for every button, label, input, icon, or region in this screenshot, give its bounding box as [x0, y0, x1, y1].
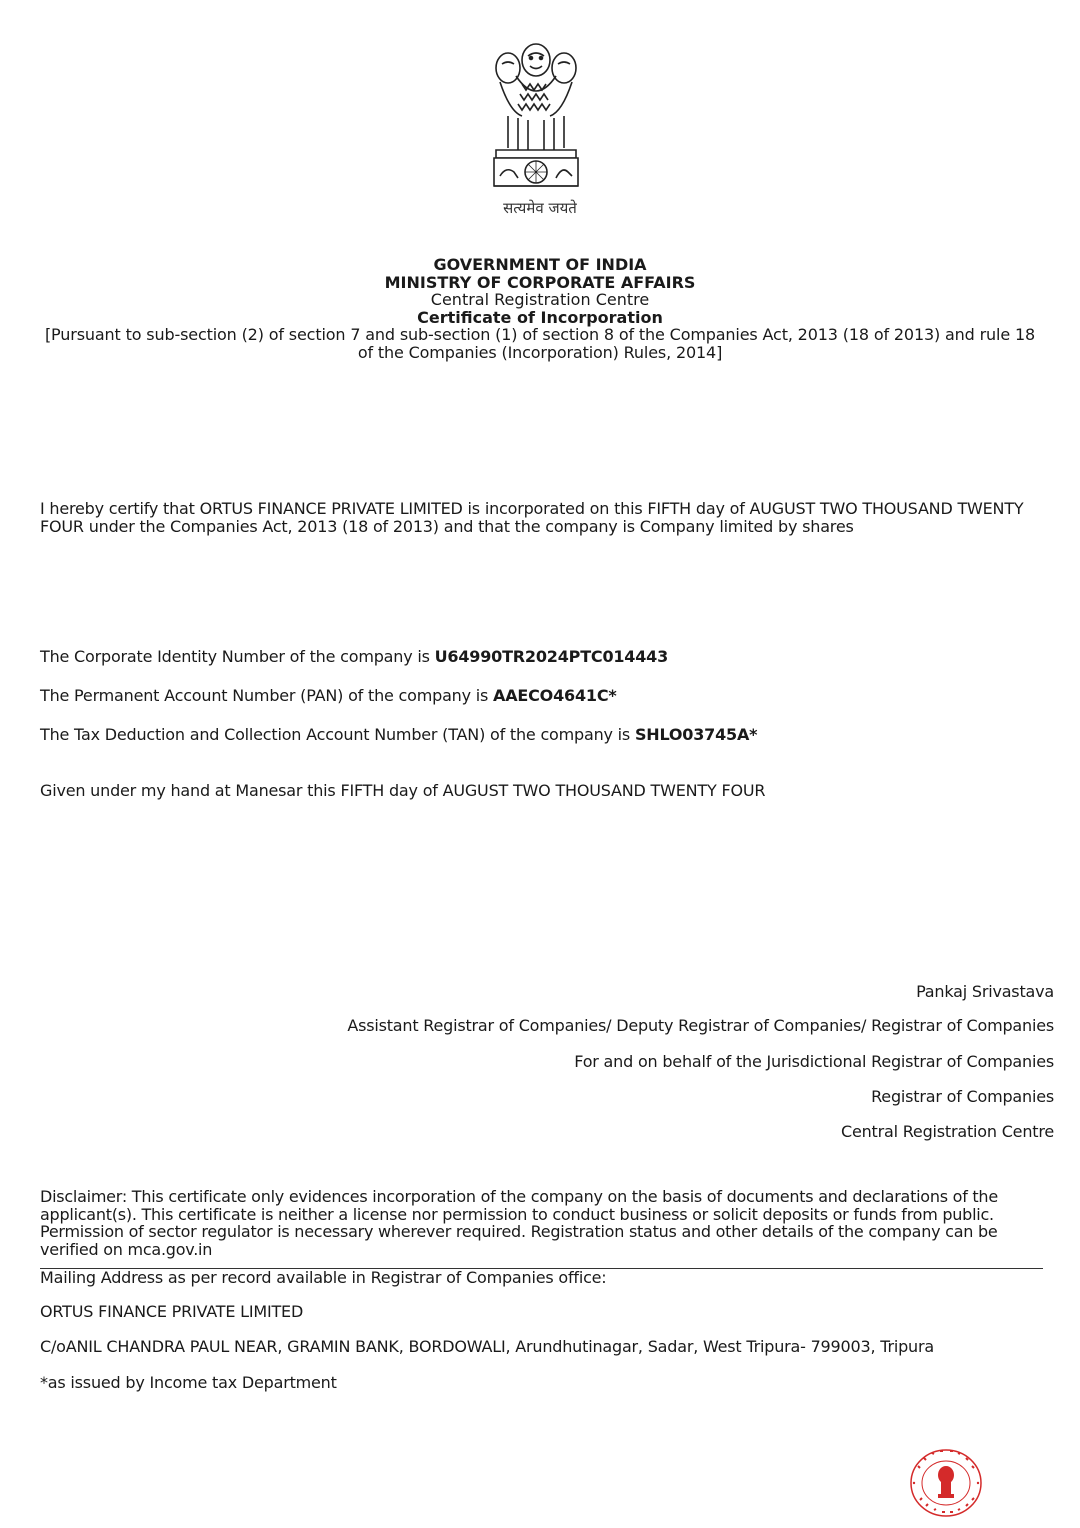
pan-label: The Permanent Account Number (PAN) of th…	[40, 686, 493, 705]
signatory-name: Pankaj Srivastava	[916, 982, 1054, 1001]
pursuant-clause: [Pursuant to sub-section (2) of section …	[40, 326, 1040, 361]
ministry-seal-icon	[908, 1448, 984, 1518]
mailing-address: C/oANIL CHANDRA PAUL NEAR, GRAMIN BANK, …	[40, 1337, 934, 1356]
pan-tan-footnote: *as issued by Income tax Department	[40, 1373, 337, 1392]
given-under-hand: Given under my hand at Manesar this FIFT…	[40, 781, 765, 800]
signatory-designation: Assistant Registrar of Companies/ Deputy…	[347, 1016, 1054, 1035]
cin-value: U64990TR2024PTC014443	[435, 647, 668, 666]
certification-statement: I hereby certify that ORTUS FINANCE PRIV…	[40, 500, 1040, 535]
government-heading: GOVERNMENT OF INDIA	[0, 256, 1080, 274]
mailing-heading: Mailing Address as per record available …	[40, 1268, 607, 1287]
tan-value: SHLO03745A*	[635, 725, 757, 744]
pan-line: The Permanent Account Number (PAN) of th…	[40, 686, 617, 705]
signatory-office: Registrar of Companies	[871, 1087, 1054, 1106]
cin-label: The Corporate Identity Number of the com…	[40, 647, 435, 666]
ministry-heading: MINISTRY OF CORPORATE AFFAIRS	[0, 274, 1080, 292]
signatory-behalf: For and on behalf of the Jurisdictional …	[574, 1052, 1054, 1071]
mailing-company: ORTUS FINANCE PRIVATE LIMITED	[40, 1302, 303, 1321]
pan-value: AAECO4641C*	[493, 686, 616, 705]
disclaimer: Disclaimer: This certificate only eviden…	[40, 1188, 1050, 1258]
national-motto: सत्यमेव जयते	[470, 198, 610, 218]
cin-line: The Corporate Identity Number of the com…	[40, 647, 668, 666]
national-emblem-icon	[486, 36, 586, 198]
tan-line: The Tax Deduction and Collection Account…	[40, 725, 757, 744]
certificate-header: GOVERNMENT OF INDIA MINISTRY OF CORPORAT…	[0, 256, 1080, 362]
centre-heading: Central Registration Centre	[0, 291, 1080, 309]
tan-label: The Tax Deduction and Collection Account…	[40, 725, 635, 744]
certificate-title: Certificate of Incorporation	[0, 309, 1080, 327]
signatory-centre: Central Registration Centre	[841, 1122, 1054, 1141]
